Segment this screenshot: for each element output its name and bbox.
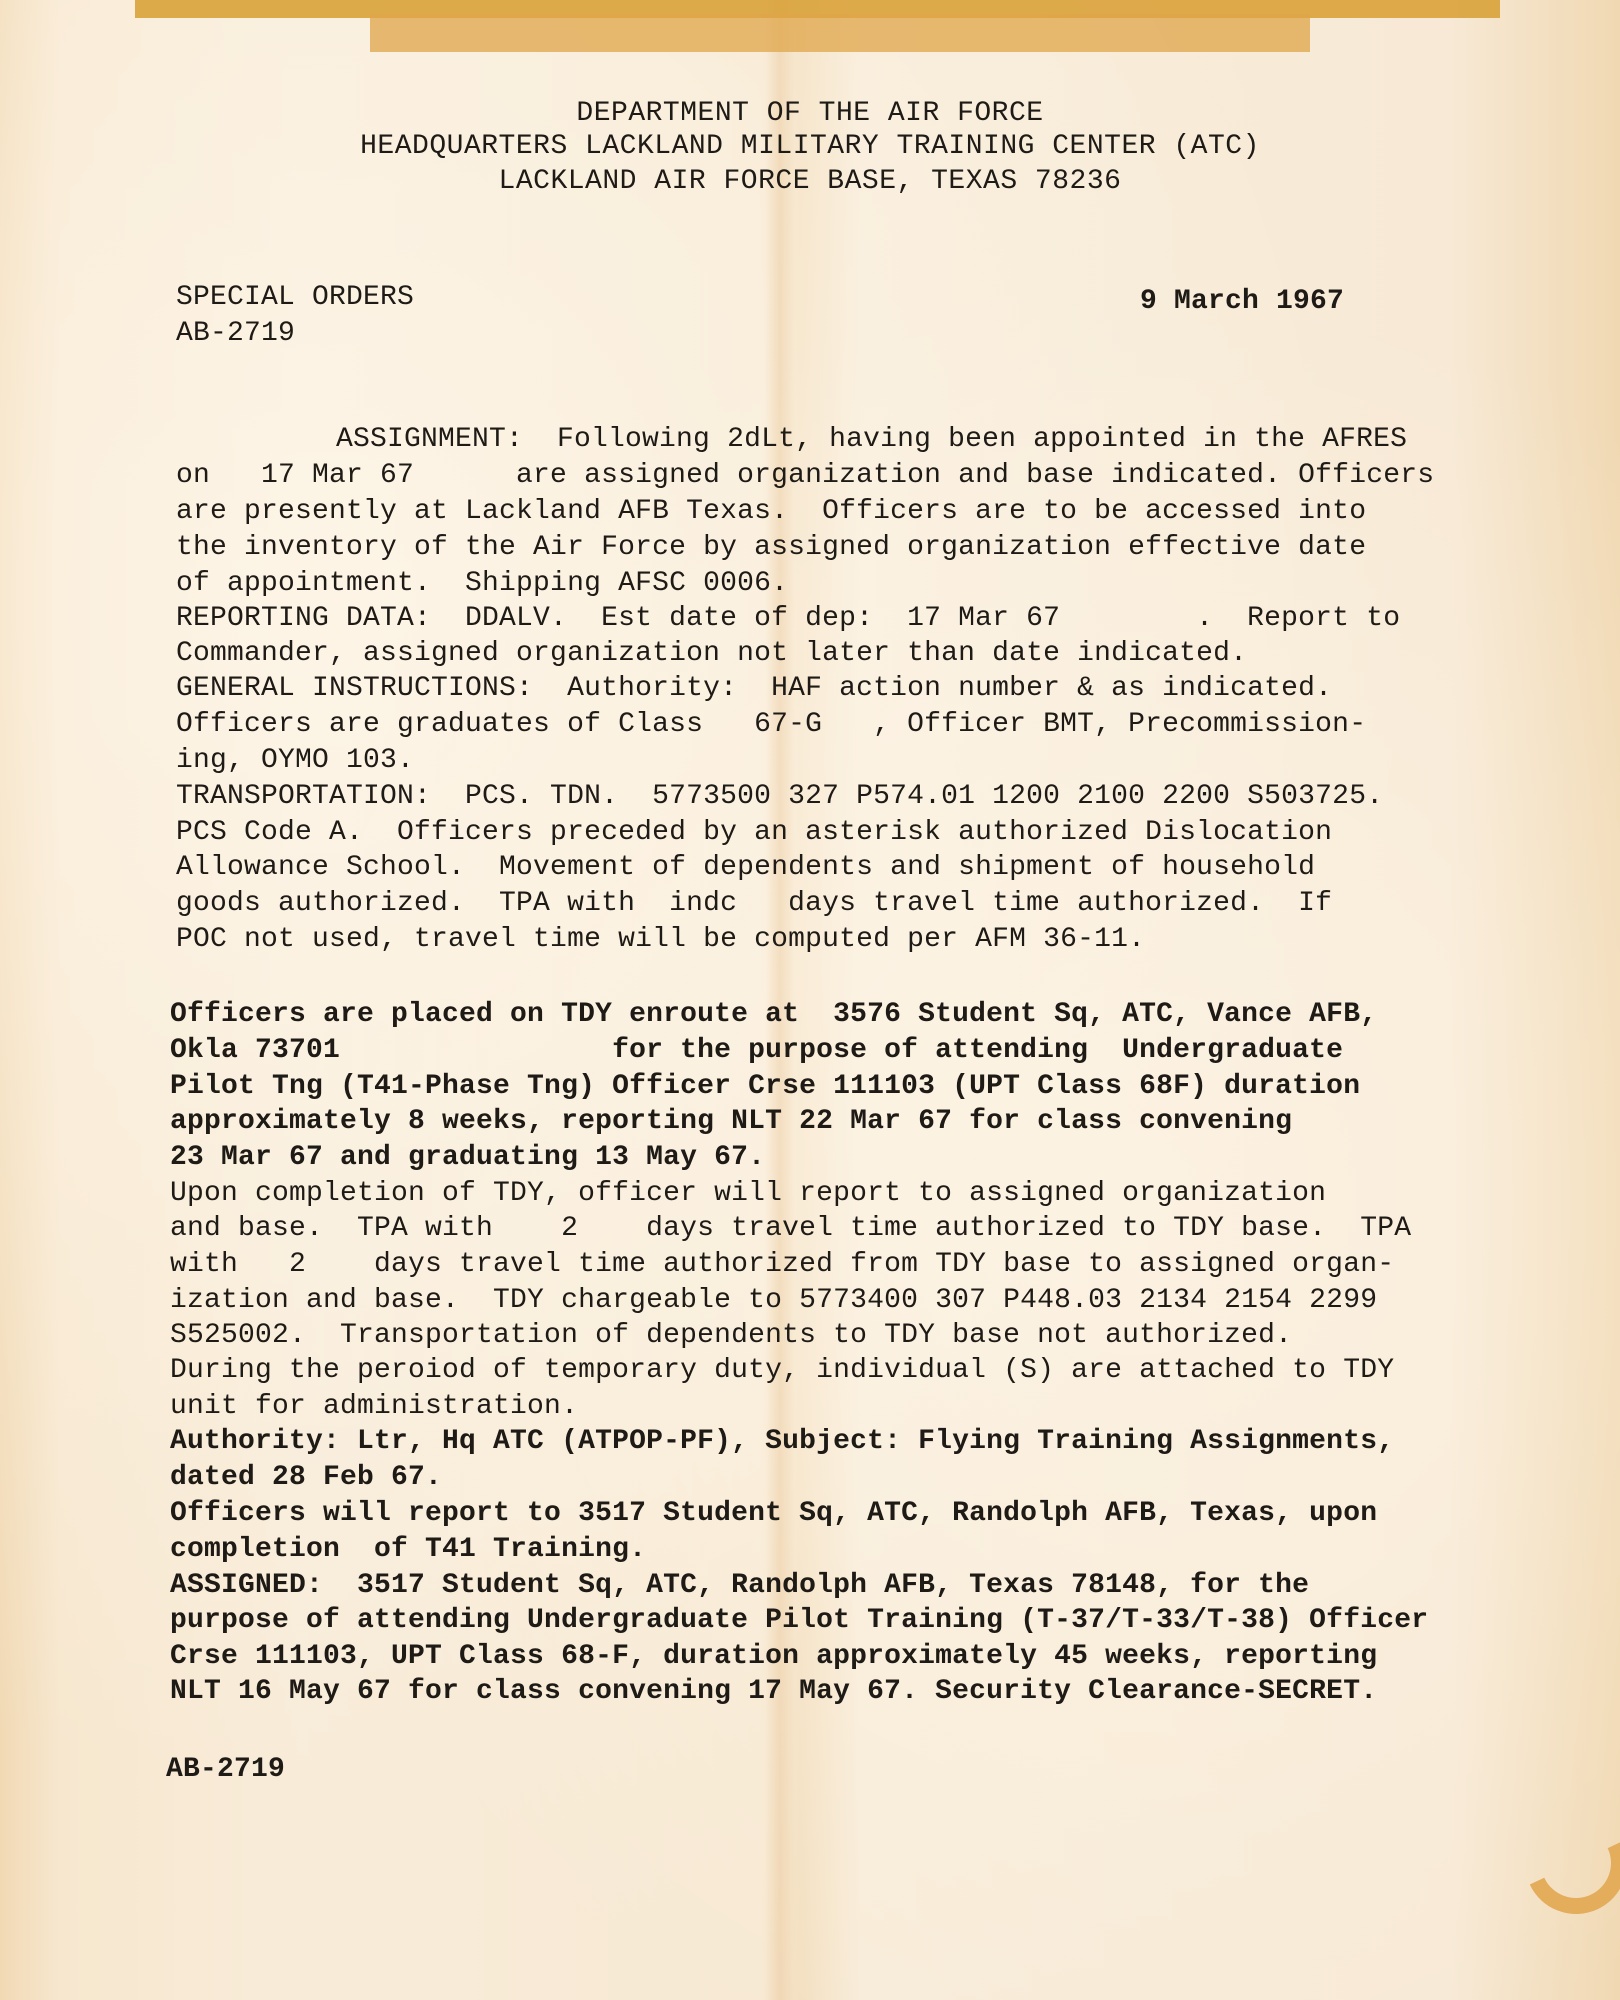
body-line: Officers are placed on TDY enroute at 35…	[170, 999, 1377, 1031]
body-line: the inventory of the Air Force by assign…	[176, 532, 1366, 564]
body-line: Upon completion of TDY, officer will rep…	[170, 1178, 1326, 1210]
body-line: completion of T41 Training.	[170, 1534, 646, 1566]
body-line: purpose of attending Undergraduate Pilot…	[170, 1605, 1428, 1637]
body-line: Pilot Tng (T41-Phase Tng) Officer Crse 1…	[170, 1071, 1360, 1103]
body-line: Allowance School. Movement of dependents…	[176, 852, 1315, 884]
orders-title: SPECIAL ORDERS	[176, 282, 414, 314]
body-line: ASSIGNED: 3517 Student Sq, ATC, Randolph…	[170, 1570, 1309, 1602]
letterhead-headquarters: HEADQUARTERS LACKLAND MILITARY TRAINING …	[0, 131, 1620, 163]
body-line: Crse 111103, UPT Class 68-F, duration ap…	[170, 1641, 1377, 1673]
body-line: PCS Code A. Officers preceded by an aste…	[176, 817, 1332, 849]
body-line: GENERAL INSTRUCTIONS: Authority: HAF act…	[176, 673, 1332, 705]
body-line: S525002. Transportation of dependents to…	[170, 1320, 1292, 1352]
body-line: approximately 8 weeks, reporting NLT 22 …	[170, 1106, 1292, 1138]
body-line: Officers are graduates of Class 67-G , O…	[176, 709, 1366, 741]
body-line: Okla 73701 for the purpose of attending …	[170, 1035, 1343, 1067]
orders-date: 9 March 1967	[1140, 286, 1344, 318]
body-line: with 2 days travel time authorized from …	[170, 1249, 1394, 1281]
body-line: TRANSPORTATION: PCS. TDN. 5773500 327 P5…	[176, 781, 1383, 813]
body-line: dated 28 Feb 67.	[170, 1462, 442, 1494]
body-line: POC not used, travel time will be comput…	[176, 924, 1145, 956]
body-line: ing, OYMO 103.	[176, 745, 414, 777]
body-line: NLT 16 May 67 for class convening 17 May…	[170, 1676, 1377, 1708]
body-line: Officers will report to 3517 Student Sq,…	[170, 1498, 1377, 1530]
orders-number: AB-2719	[176, 318, 295, 350]
footer-orders-number: AB-2719	[166, 1754, 285, 1786]
tape-residue-lower	[370, 14, 1310, 52]
body-line: unit for administration.	[170, 1391, 578, 1423]
body-line: ASSIGNMENT: Following 2dLt, having been …	[336, 424, 1407, 456]
body-line: goods authorized. TPA with indc days tra…	[176, 888, 1332, 920]
body-line: are presently at Lackland AFB Texas. Off…	[176, 496, 1366, 528]
body-line: on 17 Mar 67 are assigned organization a…	[176, 460, 1434, 492]
body-line: of appointment. Shipping AFSC 0006.	[176, 568, 788, 600]
body-line: During the peroiod of temporary duty, in…	[170, 1355, 1394, 1387]
letterhead-department: DEPARTMENT OF THE AIR FORCE	[0, 98, 1620, 130]
letterhead-address: LACKLAND AIR FORCE BASE, TEXAS 78236	[0, 166, 1620, 198]
body-line: and base. TPA with 2 days travel time au…	[170, 1213, 1411, 1245]
body-line: Commander, assigned organization not lat…	[176, 638, 1247, 670]
body-line: 23 Mar 67 and graduating 13 May 67.	[170, 1142, 765, 1174]
body-line: ization and base. TDY chargeable to 5773…	[170, 1285, 1377, 1317]
body-line: REPORTING DATA: DDALV. Est date of dep: …	[176, 603, 1400, 635]
body-line: Authority: Ltr, Hq ATC (ATPOP-PF), Subje…	[170, 1426, 1394, 1458]
